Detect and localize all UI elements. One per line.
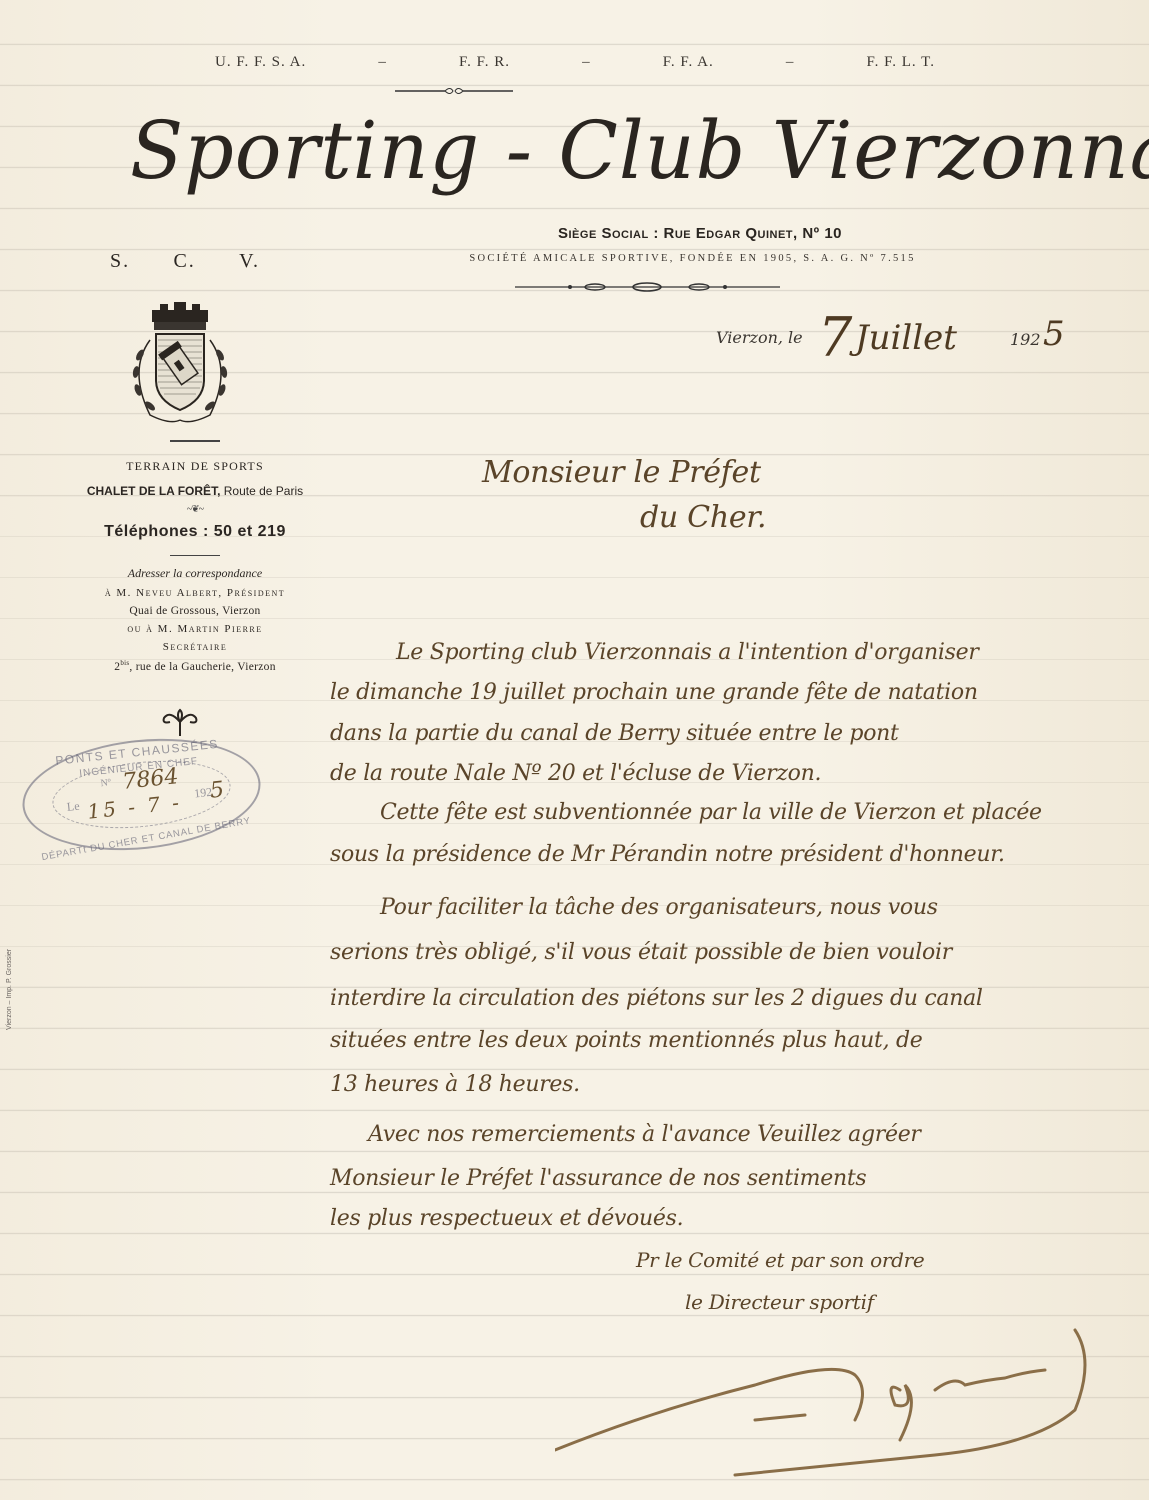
separator-dash: –: [786, 54, 795, 71]
body-line: Monsieur le Préfet l'assurance de nos se…: [330, 1166, 866, 1191]
stamp-number-label: Nº: [100, 777, 111, 789]
terrain-place: CHALET DE LA FORÊT,: [87, 484, 221, 498]
date-year-hand: 5: [1043, 314, 1065, 354]
telephone-numbers: Téléphones : 50 et 219: [40, 523, 350, 541]
president-address: Quai de Grossous, Vierzon: [40, 605, 350, 617]
stamp-date-label: Le: [66, 799, 80, 815]
initial-s: S.: [110, 250, 130, 273]
receipt-stamp: PONTS ET CHAUSSÉES INGÉNIEUR EN CHEF Nº …: [17, 728, 266, 861]
federations-header: U. F. F. S. A. – F. F. R. – F. F. A. – F…: [215, 54, 935, 71]
separator-dash: –: [378, 54, 387, 71]
body-line: situées entre les deux points mentionnés…: [330, 1028, 922, 1053]
club-name-title: Sporting - Club Vierzonnais: [130, 96, 1149, 206]
body-line: Pour faciliter la tâche des organisateur…: [380, 895, 938, 920]
body-line: interdire la circulation des piétons sur…: [330, 986, 983, 1011]
body-line: le dimanche 19 juillet prochain une gran…: [330, 680, 978, 705]
date-year-printed: 192: [1010, 330, 1041, 349]
date-month: Juillet: [855, 318, 957, 358]
letter-page: U. F. F. S. A. – F. F. R. – F. F. A. – F…: [0, 0, 1149, 1500]
terrain-address: CHALET DE LA FORÊT, Route de Paris: [40, 484, 350, 498]
terrain-road: Route de Paris: [224, 484, 303, 498]
ornamental-rule-icon: [515, 280, 780, 294]
closing-line-1: Pr le Comité et par son ordre: [636, 1248, 924, 1272]
federation-fflt: F. F. L. T.: [866, 54, 934, 71]
secretary-title: Secrétaire: [40, 641, 350, 653]
stamp-year-hand: 5: [209, 777, 226, 803]
floral-ornament-icon: [150, 708, 210, 738]
body-line: Avec nos remerciements à l'avance Veuill…: [368, 1122, 921, 1147]
address-intro: Adresser la correspondance: [40, 566, 350, 581]
separator-dash: –: [582, 54, 591, 71]
salutation-line-2: du Cher.: [640, 500, 766, 535]
body-line: Le Sporting club Vierzonnais a l'intenti…: [396, 640, 979, 665]
body-line: les plus respectueux et dévoués.: [330, 1206, 683, 1231]
mini-fleuron-icon: ~❦~: [40, 504, 350, 515]
coat-of-arms-icon: [110, 300, 250, 430]
body-line: de la route Nale Nº 20 et l'écluse de Vi…: [330, 761, 821, 786]
body-line: 13 heures à 18 heures.: [330, 1072, 580, 1097]
address-street: , rue de la Gaucherie, Vierzon: [129, 661, 275, 673]
federation-ffa: F. F. A.: [663, 54, 714, 71]
body-line: serions très obligé, s'il vous était pos…: [330, 940, 952, 965]
signature-icon: [555, 1300, 1115, 1480]
place-label: Vierzon, le: [716, 328, 803, 347]
societe-line: Société amicale sportive, fondée en 1905…: [400, 253, 985, 264]
body-line: dans la partie du canal de Berry située …: [330, 721, 899, 746]
body-line: sous la présidence de Mr Pérandin notre …: [330, 842, 1005, 867]
initials-scv: S. C. V.: [110, 250, 260, 273]
secretary-name: ou à M. Martin Pierre: [40, 623, 350, 635]
federation-ufsa: U. F. F. S. A.: [215, 54, 306, 71]
secretary-address: 2bis, rue de la Gaucherie, Vierzon: [40, 659, 350, 673]
president-name: à M. Neveu Albert, Président: [40, 587, 350, 599]
divider: [170, 555, 220, 557]
date-day: 7: [818, 306, 852, 369]
printer-imprint: Vierzon – Imp. P. Grossier: [6, 949, 13, 1030]
initial-v: V.: [239, 250, 260, 273]
siege-social: Siège Social : Rue Edgar Quinet, Nº 10: [480, 225, 920, 242]
salutation-line-1: Monsieur le Préfet: [482, 455, 761, 490]
sidebar-info: TERRAIN DE SPORTS CHALET DE LA FORÊT, Ro…: [40, 440, 350, 673]
initial-c: C.: [173, 250, 195, 273]
body-line: Cette fête est subventionnée par la vill…: [380, 800, 1042, 825]
divider: [170, 440, 220, 442]
federation-ffr: F. F. R.: [459, 54, 510, 71]
terrain-label: TERRAIN DE SPORTS: [40, 459, 350, 474]
